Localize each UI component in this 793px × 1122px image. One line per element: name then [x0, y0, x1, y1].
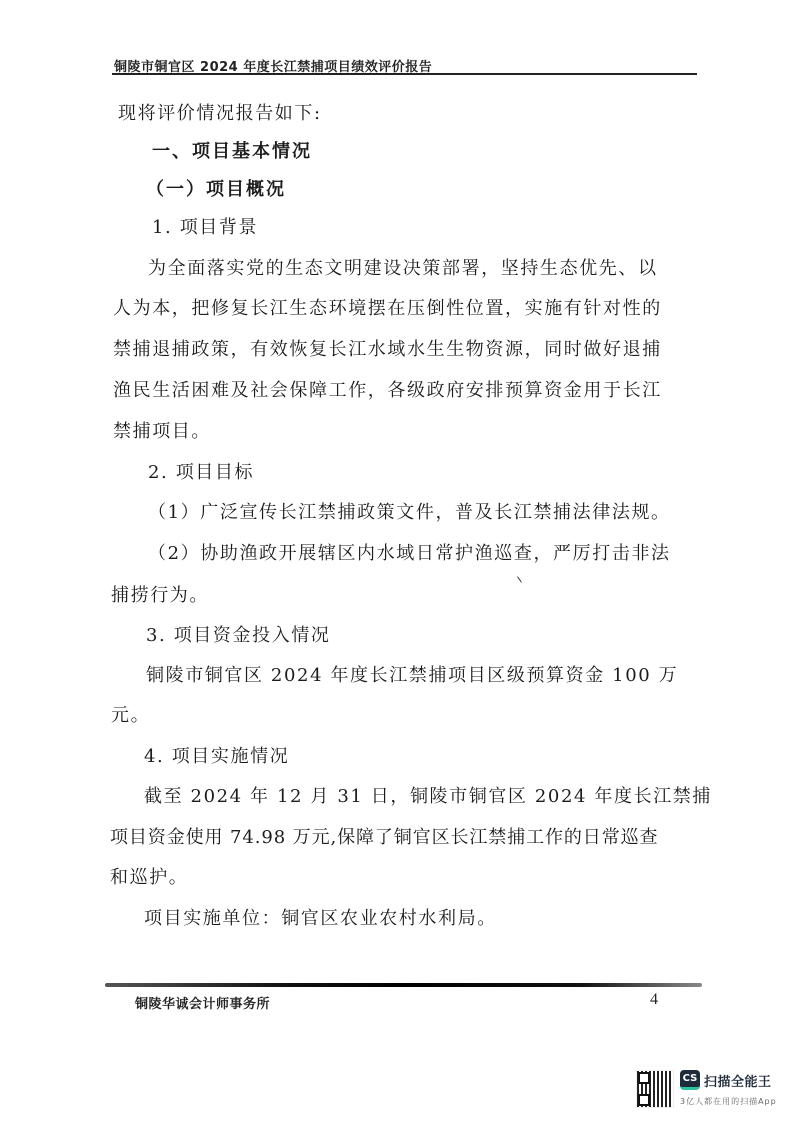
goal-line: （1）广泛宣传长江禁捕政策文件，普及长江禁捕法律法规。: [148, 501, 671, 525]
paragraph-line: 元。: [111, 704, 150, 728]
camscanner-watermark: CS 扫描全能王 3亿人都在用的扫描App: [636, 1070, 786, 1114]
paragraph-line: 截至 2024 年 12 月 31 日，铜陵市铜官区 2024 年度长江禁捕: [144, 785, 712, 809]
item-heading-funding: 3. 项目资金投入情况: [146, 624, 331, 648]
footer-rule: [105, 983, 702, 987]
paragraph-line: 禁捕项目。: [113, 420, 211, 444]
camscanner-app-name: 扫描全能王: [704, 1071, 772, 1090]
item-heading-implementation: 4. 项目实施情况: [144, 745, 289, 769]
goal-line: 捕捞行为。: [111, 584, 209, 608]
paragraph-line: 禁捕退捕政策，有效恢复长江水域水生生物资源，同时做好退捕: [113, 338, 662, 362]
scan-artifact: [517, 576, 522, 582]
item-heading-background: 1. 项目背景: [152, 216, 258, 240]
footer-organization: 铜陵华诚会计师事务所: [135, 993, 270, 1012]
goal-line: （2）协助渔政开展辖区内水域日常护渔巡查，严厉打击非法: [148, 542, 671, 566]
subsection-heading: （一）项目概况: [146, 178, 286, 202]
implementing-unit: 项目实施单位：铜官区农业农村水利局。: [144, 907, 497, 931]
paragraph-line: 渔民生活困难及社会保障工作，各级政府安排预算资金用于长江: [113, 379, 662, 403]
camscanner-logo-icon: CS: [680, 1070, 700, 1090]
paragraph-line: 人为本，把修复长江生态环境摆在压倒性位置，实施有针对性的: [113, 297, 662, 321]
page-number: 4: [650, 991, 658, 1009]
paragraph-line: 铜陵市铜官区 2024 年度长江禁捕项目区级预算资金 100 万: [146, 664, 678, 688]
qr-code-icon: [636, 1070, 674, 1108]
header-rule: [112, 73, 697, 75]
camscanner-tagline: 3亿人都在用的扫描App: [680, 1096, 777, 1107]
paragraph-line: 和巡护。: [110, 866, 188, 890]
section-heading: 一、项目基本情况: [152, 140, 312, 164]
paragraph-line: 项目资金使用 74.98 万元,保障了铜官区长江禁捕工作的日常巡查: [110, 826, 658, 850]
item-heading-goals: 2. 项目目标: [148, 461, 254, 485]
paragraph-line: 为全面落实党的生态文明建设决策部署，坚持生态优先、以: [148, 257, 658, 281]
intro-text: 现将评价情况报告如下:: [118, 102, 322, 126]
